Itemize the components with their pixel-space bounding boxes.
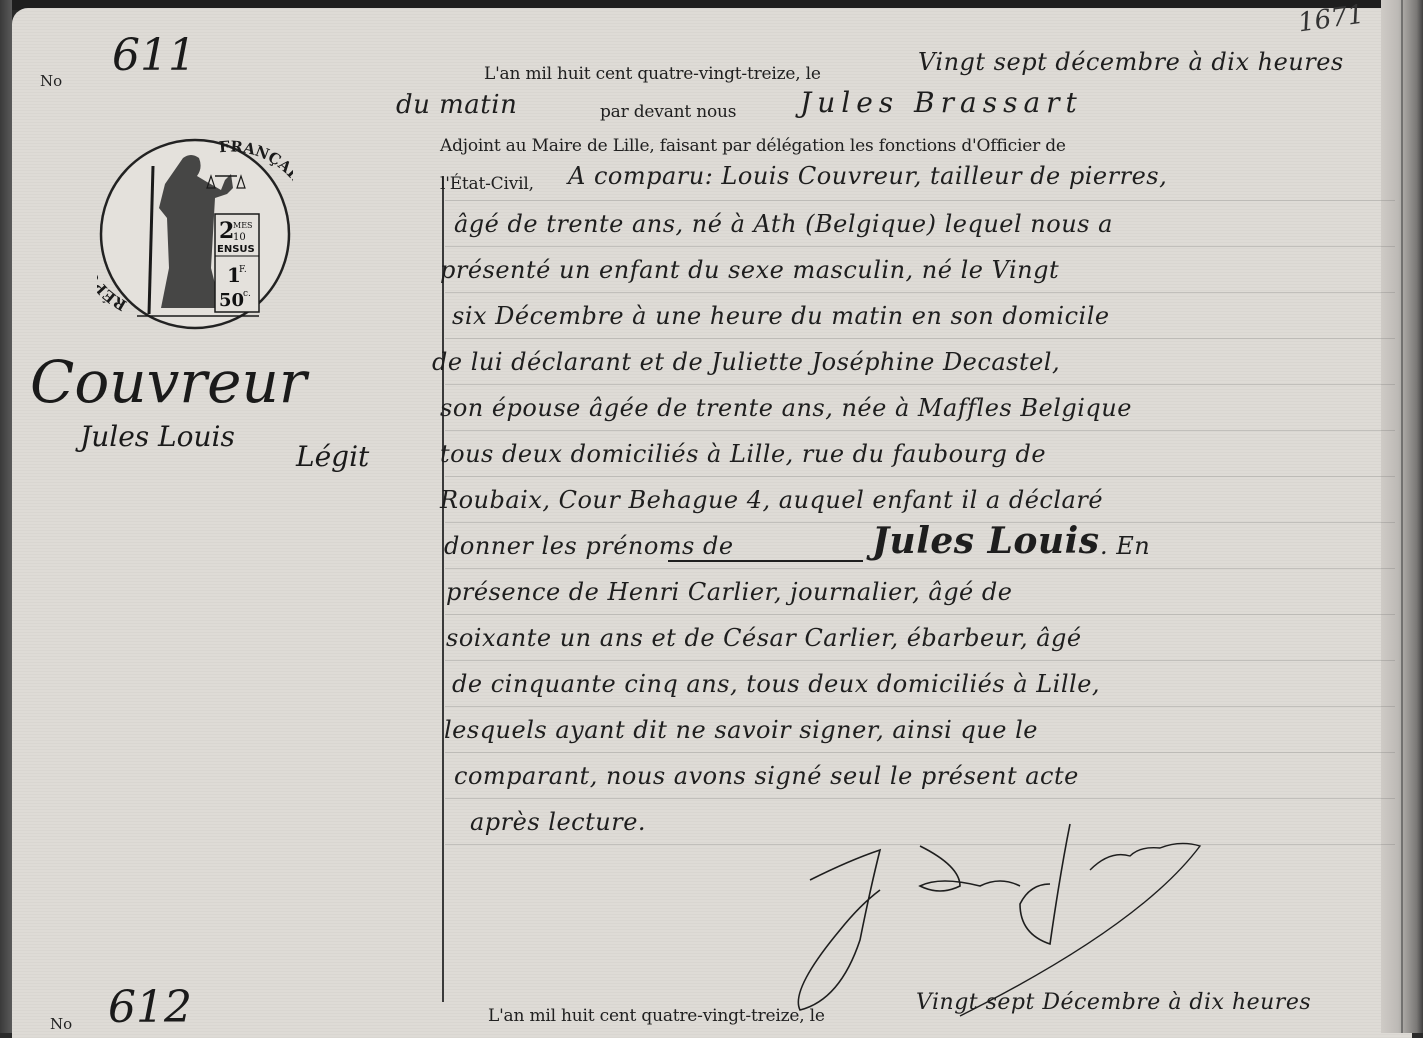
svg-text:ENSUS: ENSUS xyxy=(217,244,255,255)
ruled-line xyxy=(445,798,1395,799)
republique-francaise-stamp-icon: RÉPUBLIQUE FRANÇAISE 2 MES 10 ENSUS 1 F.… xyxy=(97,136,293,332)
handwritten-text: six Décembre à une heure du matin en son… xyxy=(452,302,1110,330)
handwritten-text: A comparu: Louis Couvreur, tailleur de p… xyxy=(568,162,1167,190)
svg-text:F.: F. xyxy=(239,265,247,275)
ruled-line xyxy=(445,660,1395,661)
svg-text:50: 50 xyxy=(219,290,244,311)
handwritten-text: âgé de trente ans, né à Ath (Belgique) l… xyxy=(454,210,1113,238)
handwritten-text: Vingt sept Décembre à dix heures xyxy=(916,990,1311,1015)
ruled-line xyxy=(445,200,1395,201)
printed-text: par devant nous xyxy=(600,102,736,122)
ruled-line xyxy=(445,476,1395,477)
svg-text:10: 10 xyxy=(233,232,246,243)
entry-number-label: No xyxy=(40,72,62,90)
handwritten-text: lesquels ayant dit ne savoir signer, ain… xyxy=(444,716,1038,744)
entry-number: 612 xyxy=(108,982,192,1033)
handwritten-text: tous deux domiciliés à Lille, rue du fau… xyxy=(440,440,1046,468)
handwritten-text: Vingt sept décembre à dix heures xyxy=(918,48,1344,76)
margin-rule xyxy=(442,176,444,1002)
margin-legitimation-note: Légit xyxy=(296,440,369,473)
handwritten-text: après lecture. xyxy=(470,808,646,836)
margin-given-names: Jules Louis xyxy=(80,420,235,453)
svg-text:MES: MES xyxy=(233,221,253,230)
signature-flourish-icon xyxy=(790,810,1230,1020)
printed-text: L'an mil huit cent quatre-vingt-treize, … xyxy=(484,64,821,84)
given-names-underline xyxy=(668,560,863,562)
margin-surname: Couvreur xyxy=(30,348,307,416)
handwritten-text: soixante un ans et de César Carlier, éba… xyxy=(446,624,1082,652)
printed-text: L'an mil huit cent quatre-vingt-treize, … xyxy=(488,1006,825,1026)
entry-number-label: No xyxy=(50,1015,72,1033)
ruled-line xyxy=(445,706,1395,707)
handwritten-text: son épouse âgée de trente ans, née à Maf… xyxy=(440,394,1132,422)
ruled-line xyxy=(445,568,1395,569)
handwritten-text: de lui déclarant et de Juliette Joséphin… xyxy=(432,348,1060,376)
binding-fold-line xyxy=(1401,0,1403,1033)
tax-stamp: RÉPUBLIQUE FRANÇAISE 2 MES 10 ENSUS 1 F.… xyxy=(97,136,293,332)
handwritten-officer-name: Jules Brassart xyxy=(800,86,1083,119)
ruled-line xyxy=(445,292,1395,293)
ruled-line xyxy=(445,338,1395,339)
handwritten-text: donner les prénoms de xyxy=(444,532,734,560)
handwritten-text: du matin xyxy=(396,90,517,120)
entry-number: 611 xyxy=(112,30,196,81)
handwritten-text: . En xyxy=(1100,532,1150,560)
ruled-line xyxy=(445,614,1395,615)
ruled-line xyxy=(445,246,1395,247)
handwritten-text: présenté un enfant du sexe masculin, né … xyxy=(440,256,1059,284)
scan-left-edge xyxy=(0,0,12,1033)
handwritten-text: présence de Henri Carlier, journalier, â… xyxy=(446,578,1012,606)
handwritten-given-names: Jules Louis xyxy=(872,520,1100,562)
printed-text: l'État-Civil, xyxy=(440,174,534,194)
handwritten-text: de cinquante cinq ans, tous deux domicil… xyxy=(452,670,1100,698)
ruled-line xyxy=(445,384,1395,385)
ruled-line xyxy=(445,752,1395,753)
printed-text: Adjoint au Maire de Lille, faisant par d… xyxy=(440,136,1066,156)
handwritten-text: comparant, nous avons signé seul le prés… xyxy=(454,762,1079,790)
svg-text:c.: c. xyxy=(243,289,251,299)
ruled-line xyxy=(445,430,1395,431)
handwritten-text: Roubaix, Cour Behague 4, auquel enfant i… xyxy=(440,486,1103,514)
